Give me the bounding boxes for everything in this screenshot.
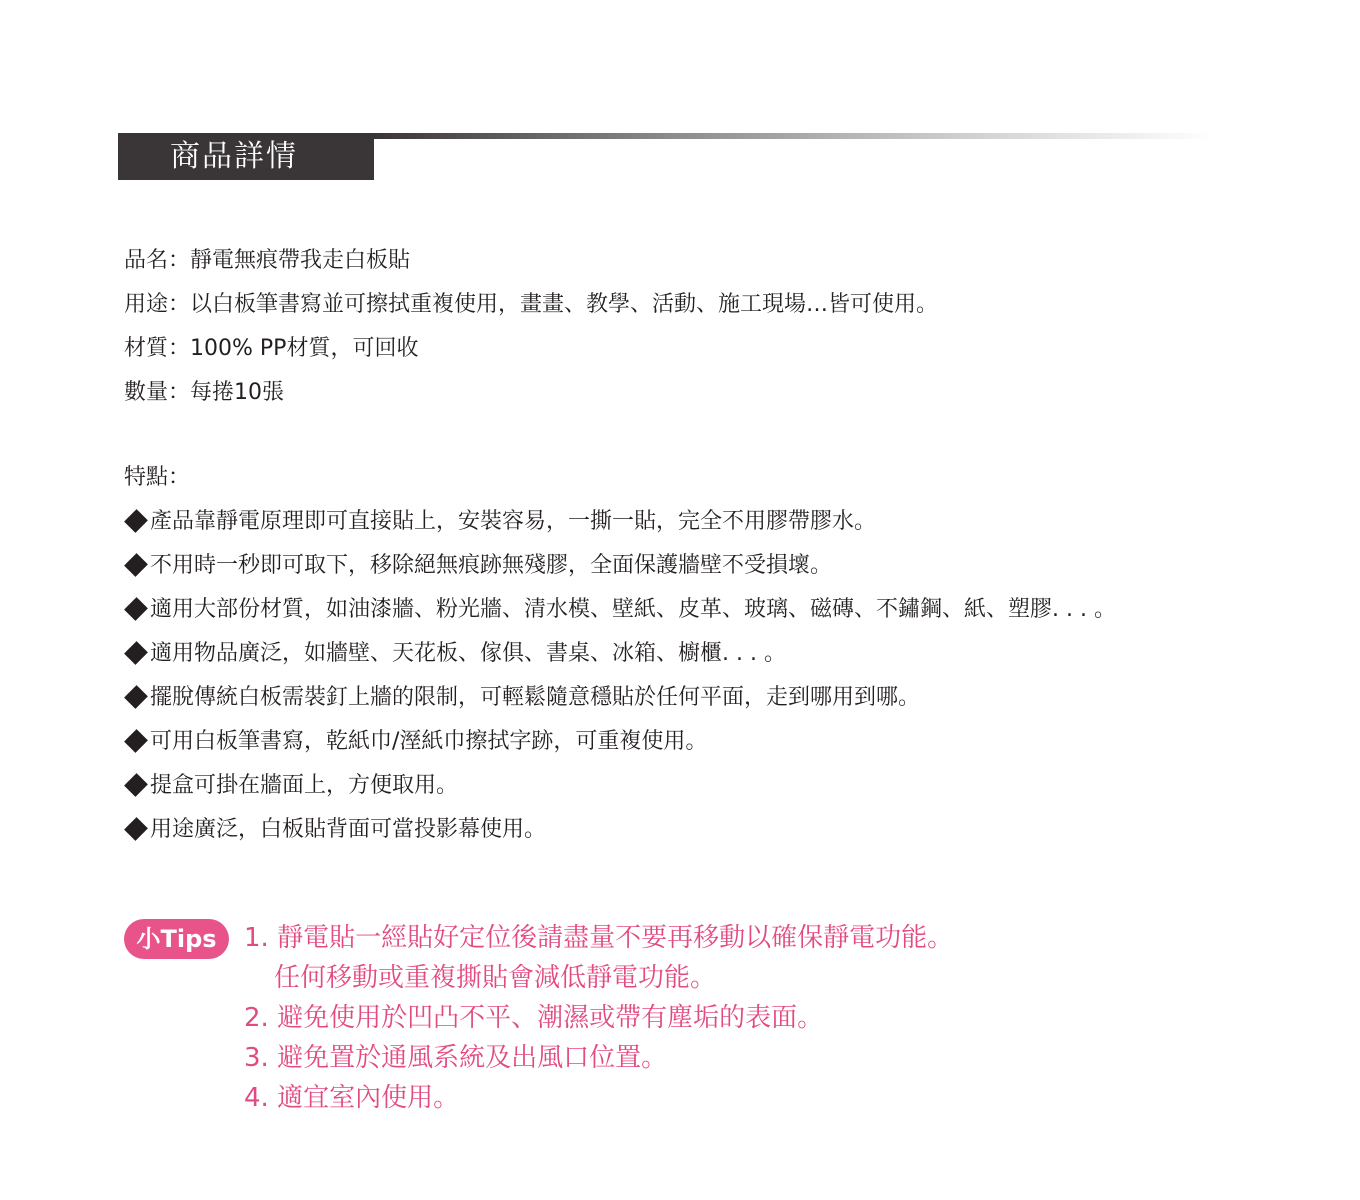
tips-list: 1. 靜電貼一經貼好定位後請盡量不要再移動以確保靜電功能。 任何移動或重複撕貼會… [244, 918, 953, 1118]
feature-item: 適用大部份材質，如油漆牆、粉光牆、清水模、壁紙、皮革、玻璃、磁磚、不鏽鋼、紙、塑… [124, 590, 1116, 634]
section-header: 商品詳情 [118, 133, 374, 180]
tip-item-continuation: 任何移動或重複撕貼會減低靜電功能。 [244, 958, 953, 998]
info-row-name: 品名：靜電無痕帶我走白板貼 [124, 243, 938, 287]
features-heading: 特點： [124, 458, 1116, 502]
diamond-bullet-icon [124, 597, 148, 621]
tips-badge: 小Tips [124, 919, 229, 959]
tip-number: 3. [244, 1043, 269, 1073]
info-row-material: 材質：100% PP材質，可回收 [124, 331, 938, 375]
info-label: 材質 [124, 336, 168, 361]
diamond-bullet-icon [124, 641, 148, 665]
feature-text: 適用大部份材質，如油漆牆、粉光牆、清水模、壁紙、皮革、玻璃、磁磚、不鏽鋼、紙、塑… [150, 597, 1116, 622]
tip-text: 適宜室內使用。 [277, 1083, 459, 1113]
diamond-bullet-icon [124, 553, 148, 577]
info-value: 以白板筆書寫並可擦拭重複使用，畫畫、教學、活動、施工現場…皆可使用。 [190, 292, 938, 317]
diamond-bullet-icon [124, 509, 148, 533]
tip-number: 4. [244, 1083, 269, 1113]
tip-item: 3. 避免置於通風系統及出風口位置。 [244, 1038, 953, 1078]
info-row-usage: 用途：以白板筆書寫並可擦拭重複使用，畫畫、教學、活動、施工現場…皆可使用。 [124, 287, 938, 331]
features-section: 特點： 產品靠靜電原理即可直接貼上，安裝容易，一撕一貼，完全不用膠帶膠水。 不用… [124, 458, 1116, 854]
feature-text: 可用白板筆書寫，乾紙巾/溼紙巾擦拭字跡，可重複使用。 [150, 729, 707, 754]
tip-number: 1. [244, 923, 269, 953]
header-gradient-divider [374, 133, 1214, 139]
tip-text: 避免置於通風系統及出風口位置。 [277, 1043, 667, 1073]
feature-item: 不用時一秒即可取下，移除絕無痕跡無殘膠，全面保護牆壁不受損壞。 [124, 546, 1116, 590]
feature-text: 用途廣泛，白板貼背面可當投影幕使用。 [150, 817, 546, 842]
product-info-list: 品名：靜電無痕帶我走白板貼 用途：以白板筆書寫並可擦拭重複使用，畫畫、教學、活動… [124, 243, 938, 419]
tip-number: 2. [244, 1003, 269, 1033]
info-value: 靜電無痕帶我走白板貼 [190, 248, 410, 273]
info-label: 數量 [124, 380, 168, 405]
feature-item: 產品靠靜電原理即可直接貼上，安裝容易，一撕一貼，完全不用膠帶膠水。 [124, 502, 1116, 546]
feature-item: 提盒可掛在牆面上，方便取用。 [124, 766, 1116, 810]
diamond-bullet-icon [124, 817, 148, 841]
feature-item: 適用物品廣泛，如牆壁、天花板、傢俱、書桌、冰箱、櫥櫃. . . 。 [124, 634, 1116, 678]
feature-item: 擺脫傳統白板需裝釘上牆的限制，可輕鬆隨意穩貼於任何平面，走到哪用到哪。 [124, 678, 1116, 722]
info-sep: ： [168, 380, 190, 405]
feature-text: 不用時一秒即可取下，移除絕無痕跡無殘膠，全面保護牆壁不受損壞。 [150, 553, 832, 578]
info-sep: ： [168, 248, 190, 273]
feature-text: 產品靠靜電原理即可直接貼上，安裝容易，一撕一貼，完全不用膠帶膠水。 [150, 509, 876, 534]
diamond-bullet-icon [124, 685, 148, 709]
info-label: 用途 [124, 292, 168, 317]
tip-item: 2. 避免使用於凹凸不平、潮濕或帶有塵垢的表面。 [244, 998, 953, 1038]
diamond-bullet-icon [124, 729, 148, 753]
tip-text: 靜電貼一經貼好定位後請盡量不要再移動以確保靜電功能。 [277, 923, 953, 953]
feature-text: 提盒可掛在牆面上，方便取用。 [150, 773, 458, 798]
info-sep: ： [168, 336, 190, 361]
info-row-quantity: 數量：每捲10張 [124, 375, 938, 419]
info-sep: ： [168, 292, 190, 317]
info-value: 每捲10張 [190, 380, 284, 405]
diamond-bullet-icon [124, 773, 148, 797]
feature-item: 用途廣泛，白板貼背面可當投影幕使用。 [124, 810, 1116, 854]
tip-item: 1. 靜電貼一經貼好定位後請盡量不要再移動以確保靜電功能。 [244, 918, 953, 958]
feature-item: 可用白板筆書寫，乾紙巾/溼紙巾擦拭字跡，可重複使用。 [124, 722, 1116, 766]
feature-text: 擺脫傳統白板需裝釘上牆的限制，可輕鬆隨意穩貼於任何平面，走到哪用到哪。 [150, 685, 920, 710]
info-value: 100% PP材質，可回收 [190, 336, 418, 361]
tip-item: 4. 適宜室內使用。 [244, 1078, 953, 1118]
feature-text: 適用物品廣泛，如牆壁、天花板、傢俱、書桌、冰箱、櫥櫃. . . 。 [150, 641, 786, 666]
tip-text: 避免使用於凹凸不平、潮濕或帶有塵垢的表面。 [277, 1003, 823, 1033]
tip-text: 任何移動或重複撕貼會減低靜電功能。 [274, 963, 716, 993]
info-label: 品名 [124, 248, 168, 273]
section-title: 商品詳情 [170, 137, 298, 177]
